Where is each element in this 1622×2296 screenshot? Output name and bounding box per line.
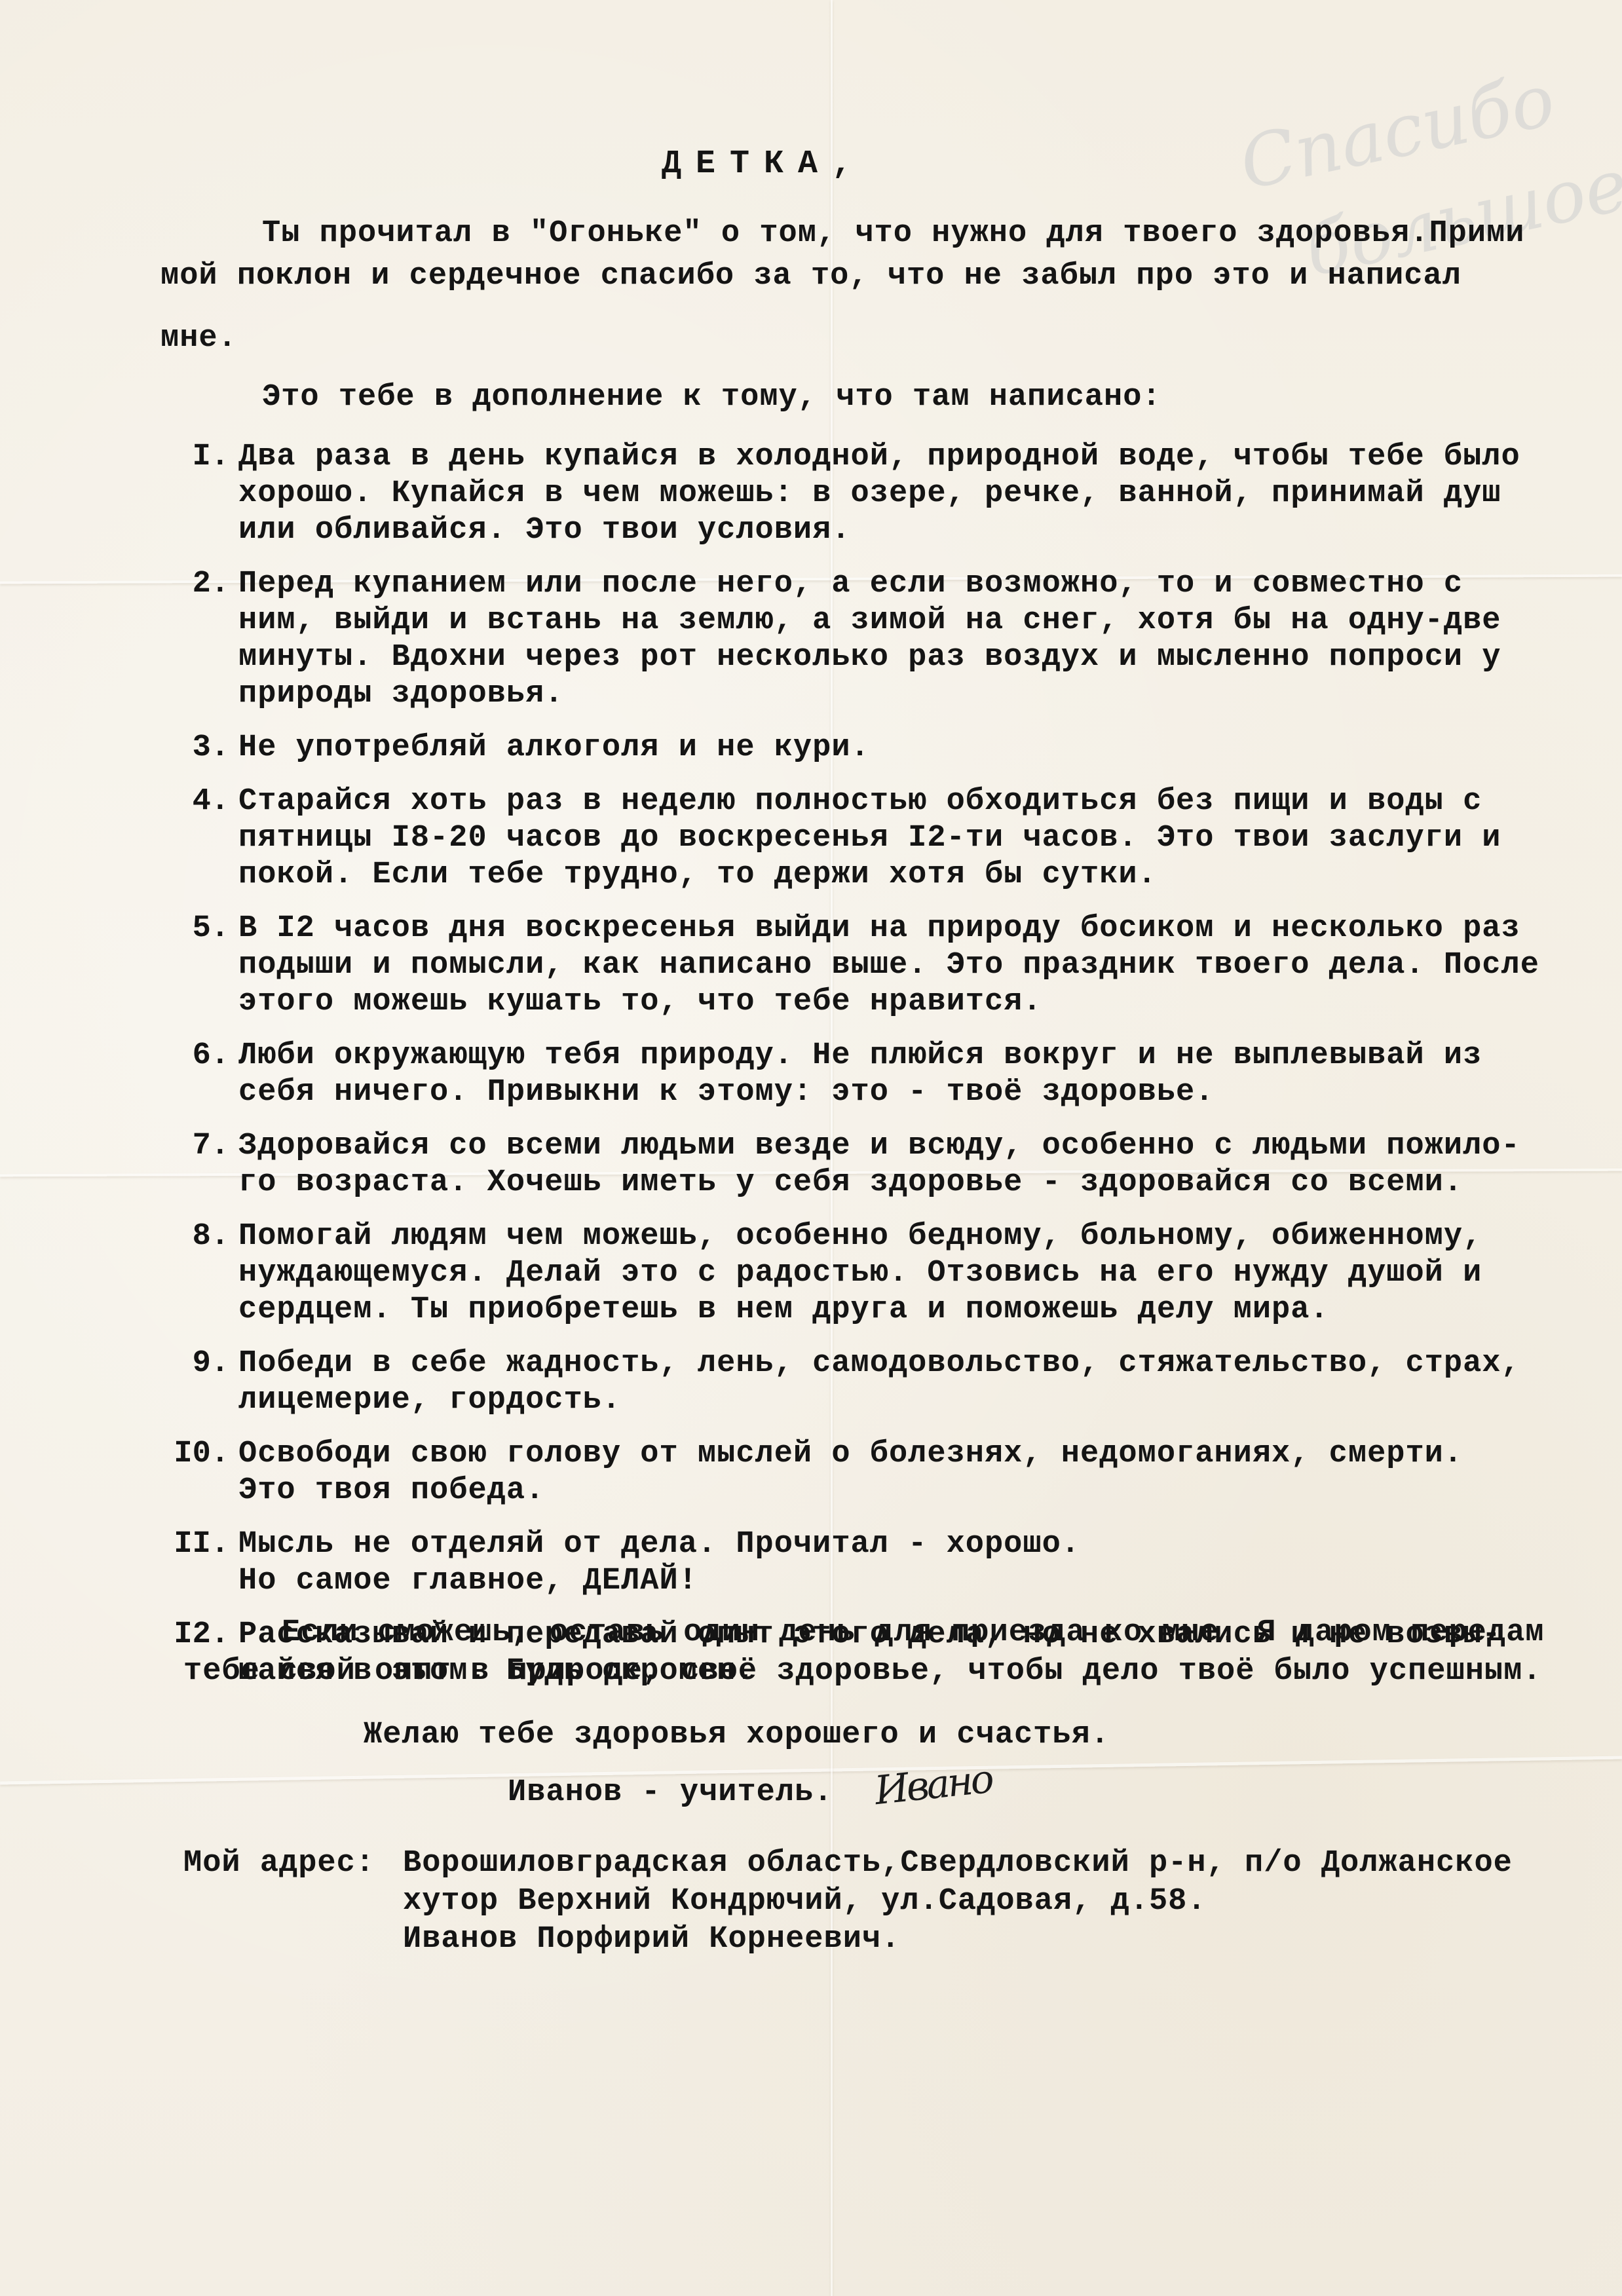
address-line: хутор Верхний Кондрючий, ул.Садовая, д.5…	[403, 1884, 1207, 1919]
item-text: Мысль не отделяй от дела. Прочитал - хор…	[238, 1526, 1080, 1600]
rules-list: I.Два раза в день купайся в холодной, пр…	[164, 439, 1605, 1707]
handwritten-signature: Ивано	[873, 1756, 994, 1814]
item-text: Здоровайся со всеми людьми везде и всюду…	[238, 1128, 1520, 1201]
item-number: 2.	[164, 566, 238, 713]
list-item: I.Два раза в день купайся в холодной, пр…	[164, 439, 1605, 549]
item-number: I0.	[164, 1436, 238, 1509]
intro-line: Ты прочитал в "Огоньке" о том, что нужно…	[262, 216, 1525, 251]
item-text: Не употребляй алкоголя и не кури.	[238, 730, 870, 766]
wish-line: Желаю тебе здоровья хорошего и счастья.	[364, 1718, 1110, 1752]
list-item: 3.Не употребляй алкоголя и не кури.	[164, 730, 1605, 766]
item-number: 3.	[164, 730, 238, 766]
list-item: 2.Перед купанием или после него, а если …	[164, 566, 1605, 713]
item-number: 5.	[164, 911, 238, 1021]
lead-line: Это тебе в дополнение к тому, что там на…	[262, 380, 1161, 415]
item-number: 4.	[164, 783, 238, 894]
item-number: 8.	[164, 1218, 238, 1328]
list-item: 7.Здоровайся со всеми людьми везде и всю…	[164, 1128, 1605, 1201]
item-text: Перед купанием или после него, а если во…	[238, 566, 1501, 713]
intro-line: мой поклон и сердечное спасибо за то, чт…	[160, 259, 1462, 293]
list-item: 4.Старайся хоть раз в неделю полностью о…	[164, 783, 1605, 894]
item-number: 6.	[164, 1038, 238, 1111]
item-text: Освободи свою голову от мыслей о болезня…	[238, 1436, 1463, 1509]
address-line: Ворошиловградская область,Свердловский р…	[403, 1846, 1513, 1881]
list-item: II.Мысль не отделяй от дела. Прочитал - …	[164, 1526, 1605, 1600]
item-number: I.	[164, 439, 238, 549]
signature-line: Иванов - учитель.	[508, 1775, 833, 1810]
item-number: 9.	[164, 1346, 238, 1419]
closing-line: Если сможешь, оставь один день для приез…	[282, 1615, 1545, 1650]
list-item: 9.Победи в себе жадность, лень, самодово…	[164, 1346, 1605, 1419]
item-text: Люби окружающую тебя природу. Не плюйся …	[238, 1038, 1482, 1111]
closing-line: тебе свой опыт в природе, своё здоровье,…	[183, 1654, 1542, 1689]
address-label: Мой адрес:	[183, 1846, 375, 1881]
list-item: 6.Люби окружающую тебя природу. Не плюйс…	[164, 1038, 1605, 1111]
list-item: 8.Помогай людям чем можешь, особенно бед…	[164, 1218, 1605, 1328]
item-text: Два раза в день купайся в холодной, прир…	[238, 439, 1520, 549]
address-line: Иванов Порфирий Корнеевич.	[403, 1922, 900, 1957]
letter-page: Спасибо большое ДЕТКА, Ты прочитал в "Ог…	[0, 0, 1622, 2296]
item-number: II.	[164, 1526, 238, 1600]
list-item: I0.Освободи свою голову от мыслей о боле…	[164, 1436, 1605, 1509]
list-item: 5.В I2 часов дня воскресенья выйди на пр…	[164, 911, 1605, 1021]
item-text: Победи в себе жадность, лень, самодоволь…	[238, 1346, 1520, 1419]
letter-title: ДЕТКА,	[662, 145, 866, 183]
item-text: В I2 часов дня воскресенья выйди на прир…	[238, 911, 1539, 1021]
item-number: 7.	[164, 1128, 238, 1201]
item-text: Старайся хоть раз в неделю полностью обх…	[238, 783, 1501, 894]
item-text: Помогай людям чем можешь, особенно бедно…	[238, 1218, 1482, 1328]
intro-line: мне.	[160, 321, 237, 356]
